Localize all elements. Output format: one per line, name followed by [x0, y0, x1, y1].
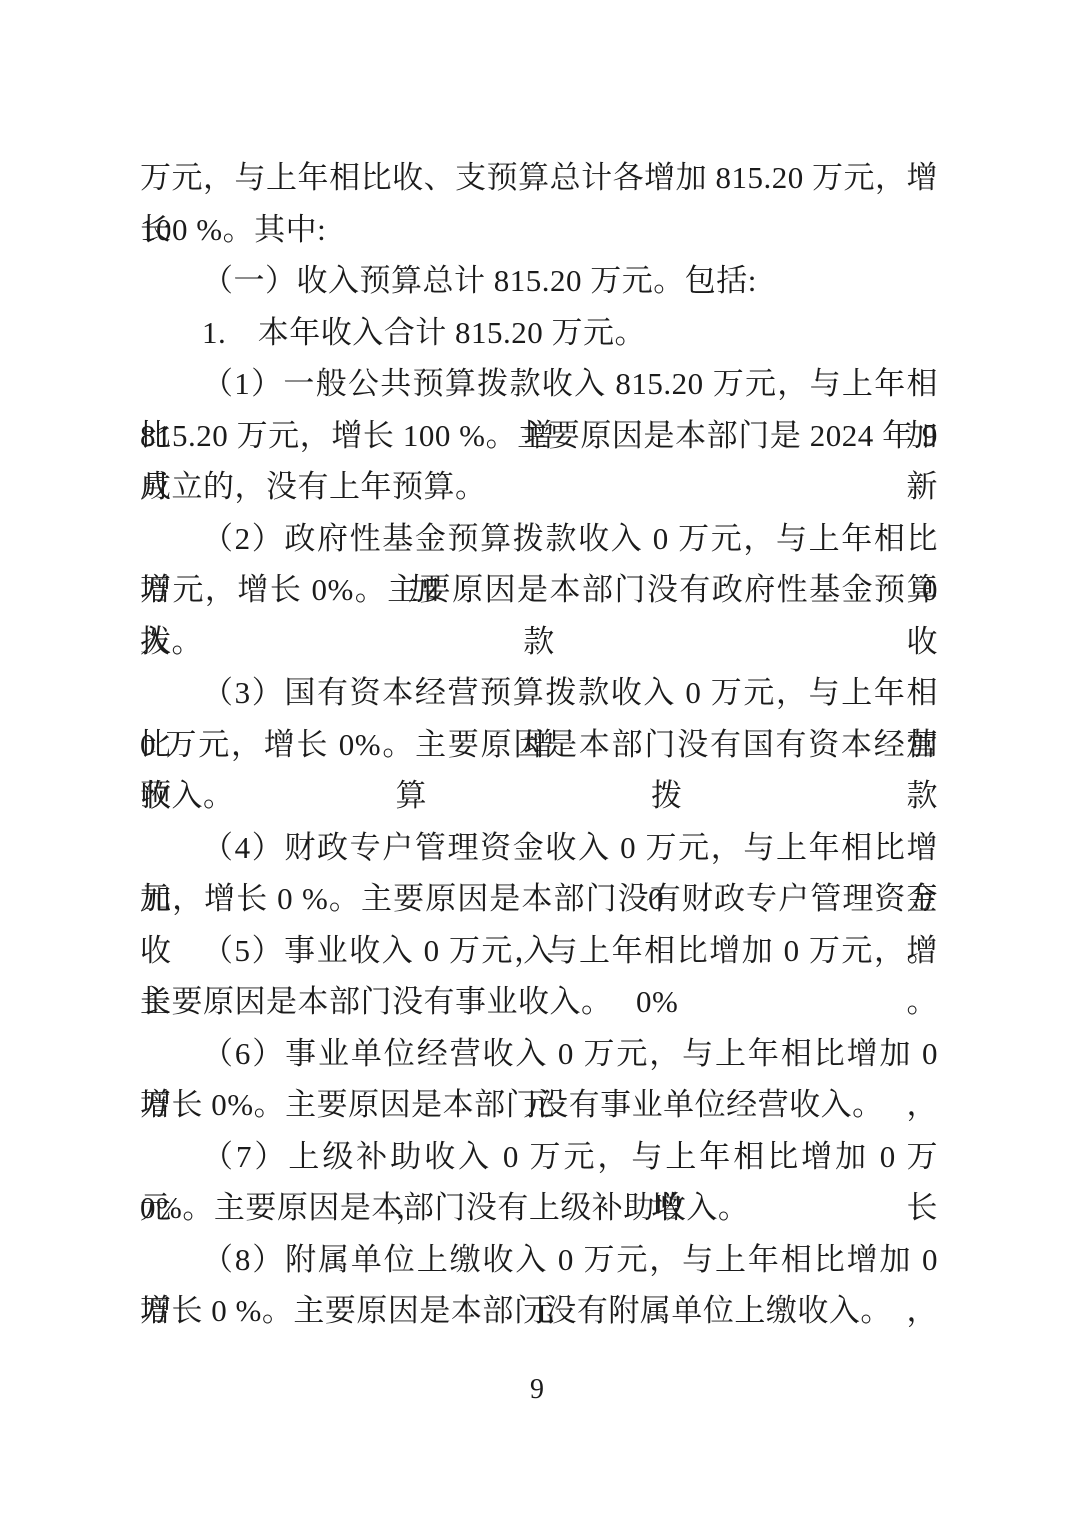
text-line: 万元，增长 0%。主要原因是本部门没有政府性基金预算拨款收: [140, 564, 938, 616]
text-line: （2）政府性基金预算拨款收入 0 万元，与上年相比增加 0: [140, 513, 938, 565]
text-line: 100 %。其中:: [140, 204, 938, 256]
text-line: （6）事业单位经营收入 0 万元，与上年相比增加 0 万元，: [140, 1028, 938, 1080]
document-page: 万元，与上年相比收、支预算总计各增加 815.20 万元，增长100 %。其中:…: [0, 0, 1074, 1520]
page-number: 9: [0, 1368, 1074, 1412]
text-line: 815.20 万元，增长 100 %。主要原因是本部门是 2024 年 9 月新: [140, 410, 938, 462]
text-line: 万元，与上年相比收、支预算总计各增加 815.20 万元，增长: [140, 152, 938, 204]
text-line: （1）一般公共预算拨款收入 815.20 万元，与上年相比增加: [140, 358, 938, 410]
text-line: （5）事业收入 0 万元，与上年相比增加 0 万元，增长 0%。: [140, 925, 938, 977]
text-line: 增长 0%。主要原因是本部门没有事业单位经营收入。: [140, 1079, 938, 1131]
text-line: 增长 0 %。主要原因是本部门没有附属单位上缴收入。: [140, 1285, 938, 1337]
text-line: 0 万元，增长 0%。主要原因是本部门没有国有资本经营预算拨款: [140, 719, 938, 771]
text-line: （3）国有资本经营预算拨款收入 0 万元，与上年相比增加: [140, 667, 938, 719]
document-body: 万元，与上年相比收、支预算总计各增加 815.20 万元，增长100 %。其中:…: [140, 152, 938, 1337]
text-line: 元，增长 0 %。主要原因是本部门没有财政专户管理资金收入。: [140, 873, 938, 925]
text-line: 1. 本年收入合计 815.20 万元。: [140, 307, 938, 359]
text-line: （4）财政专户管理资金收入 0 万元，与上年相比增加 0 万: [140, 822, 938, 874]
text-line: （一）收入预算总计 815.20 万元。包括:: [140, 255, 938, 307]
text-line: （7）上级补助收入 0 万元，与上年相比增加 0 万元，增长: [140, 1131, 938, 1183]
text-line: （8）附属单位上缴收入 0 万元，与上年相比增加 0 万元，: [140, 1234, 938, 1286]
